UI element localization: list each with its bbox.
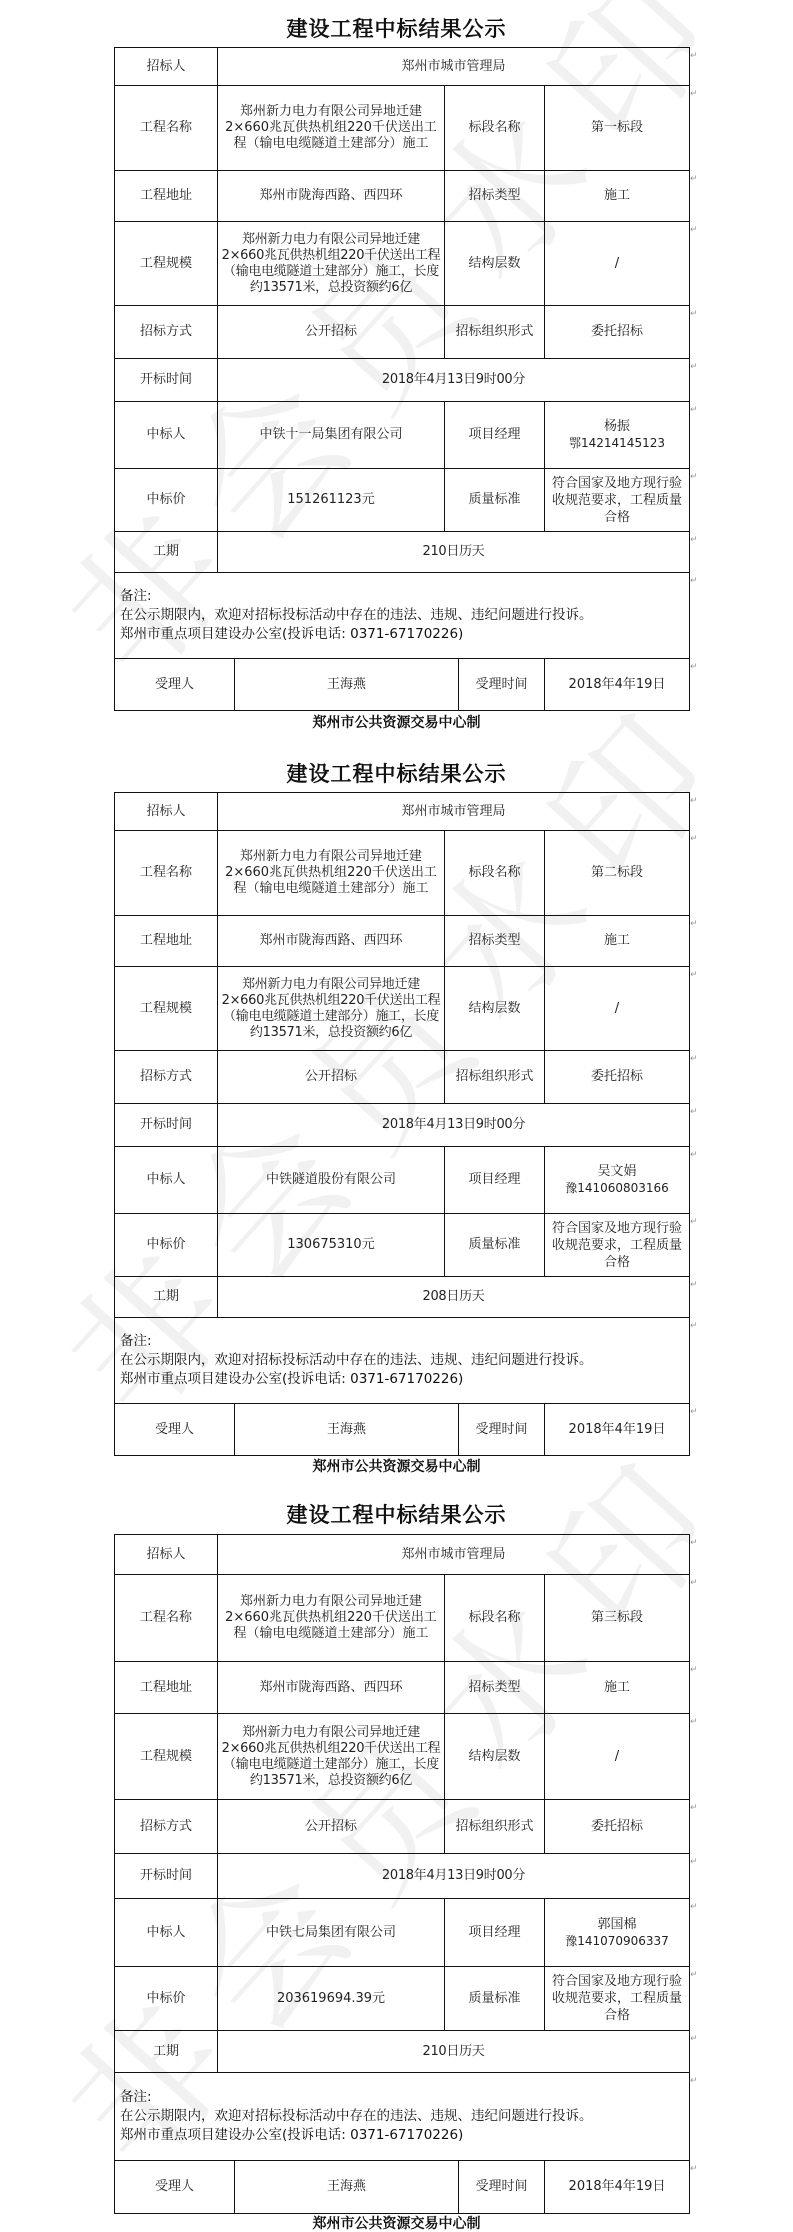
notes-cell: 备注: 在公示期限内，欢迎对招标投标活动中存在的违法、违规、违纪问题进行投诉。 … — [115, 2073, 690, 2161]
quality-value: 符合国家及地方现行验收规范要求，工程质量合格 — [545, 469, 690, 532]
paragraph-mark-icon: ↵ — [690, 1280, 698, 1290]
paragraph-mark-icon: ↵ — [690, 174, 698, 184]
tender-type-label: 招标类型 — [445, 1662, 545, 1714]
paragraph-mark-icon: ↵ — [690, 1717, 698, 1727]
winner-value: 中铁七局集团有限公司 — [218, 1899, 445, 1967]
price-label: 中标价 — [115, 1214, 218, 1277]
method-label: 招标方式 — [115, 306, 218, 359]
row-open-time: 开标时间 2018年4月13日9时00分 — [115, 1104, 690, 1147]
notice-footer: 郑州市公共资源交易中心制 — [0, 1456, 793, 1476]
scale-label: 工程规模 — [115, 222, 218, 306]
paragraph-mark-icon: ↵ — [690, 309, 698, 319]
receive-time-label: 受理时间 — [459, 2161, 545, 2214]
notes-label: 备注: — [120, 1332, 684, 1351]
floors-value: / — [545, 967, 690, 1051]
paragraph-mark-icon: ↵ — [690, 405, 698, 415]
notice-footer: 郑州市公共资源交易中心制 — [0, 712, 793, 732]
project-name-value: 郑州新力电力有限公司异地迁建2×660兆瓦供热机组220千伏送出工程（输电电缆隧… — [218, 86, 445, 171]
row-price: 中标价 130675310元 质量标准 符合国家及地方现行验收规范要求，工程质量… — [115, 1214, 690, 1277]
notice-title: 建设工程中标结果公示 — [0, 758, 793, 788]
award-notice-table: 招标人 郑州市城市管理局 工程名称 郑州新力电力有限公司异地迁建2×660兆瓦供… — [114, 47, 690, 711]
tender-type-value: 施工 — [545, 1662, 690, 1714]
address-value: 郑州市陇海西路、西四环 — [218, 1662, 445, 1714]
paragraph-mark-icon: ↵ — [690, 2034, 698, 2044]
paragraph-mark-icon: ↵ — [690, 576, 698, 586]
receive-time-value: 2018年4年19日 — [545, 659, 690, 711]
paragraph-mark-icon: ↵ — [690, 1665, 698, 1675]
row-open-time: 开标时间 2018年4月13日9时00分 — [115, 1854, 690, 1899]
org-form-value: 委托招标 — [545, 1051, 690, 1104]
paragraph-mark-icon: ↵ — [690, 1970, 698, 1980]
scale-label: 工程规模 — [115, 967, 218, 1051]
quality-value: 符合国家及地方现行验收规范要求，工程质量合格 — [545, 1967, 690, 2031]
paragraph-mark-icon: ↵ — [690, 1803, 698, 1813]
paragraph-mark-icon: ↵ — [690, 1150, 698, 1160]
paragraph-mark-icon: ↵ — [690, 472, 698, 482]
notice-footer: 郑州市公共资源交易中心制 — [0, 2213, 793, 2232]
tenderer-label: 招标人 — [115, 793, 218, 831]
method-value: 公开招标 — [218, 1800, 445, 1854]
row-duration: 工期 208日历天 — [115, 1277, 690, 1318]
row-scale: 工程规模 郑州新力电力有限公司异地迁建2×660兆瓦供热机组220千伏送出工程（… — [115, 1714, 690, 1800]
paragraph-mark-icon: ↵ — [690, 834, 698, 844]
notes-cell: 备注: 在公示期限内，欢迎对招标投标活动中存在的违法、违规、违纪问题进行投诉。 … — [115, 1318, 690, 1404]
receiver-label: 受理人 — [115, 1404, 235, 1456]
paragraph-mark-icon: ↵ — [690, 1538, 698, 1548]
paragraph-mark-icon: ↵ — [690, 1407, 698, 1417]
paragraph-mark-icon: ↵ — [690, 535, 698, 545]
notes-line-1: 在公示期限内，欢迎对招标投标活动中存在的违法、违规、违纪问题进行投诉。 — [120, 606, 684, 625]
quality-value: 符合国家及地方现行验收规范要求，工程质量合格 — [545, 1214, 690, 1277]
paragraph-mark-icon: ↵ — [690, 662, 698, 672]
paragraph-mark-icon: ↵ — [690, 225, 698, 235]
tenderer-value: 郑州市城市管理局 — [218, 48, 690, 86]
row-project-name: 工程名称 郑州新力电力有限公司异地迁建2×660兆瓦供热机组220千伏送出工程（… — [115, 86, 690, 171]
tenderer-label: 招标人 — [115, 48, 218, 86]
notes-label: 备注: — [120, 2088, 684, 2107]
floors-value: / — [545, 222, 690, 306]
notice-title: 建设工程中标结果公示 — [0, 1499, 793, 1529]
paragraph-mark-icon: ↵ — [690, 1578, 698, 1588]
row-open-time: 开标时间 2018年4月13日9时00分 — [115, 359, 690, 402]
section-name-value: 第三标段 — [545, 1575, 690, 1662]
org-form-label: 招标组织形式 — [445, 1800, 545, 1854]
paragraph-mark-icon: ↵ — [690, 1217, 698, 1227]
receive-time-label: 受理时间 — [459, 659, 545, 711]
tender-type-value: 施工 — [545, 171, 690, 222]
section-name-label: 标段名称 — [445, 1575, 545, 1662]
row-duration: 工期 210日历天 — [115, 2031, 690, 2073]
notes-line-2: 郑州市重点项目建设办公室(投诉电话: 0371-67170226) — [120, 1370, 684, 1389]
floors-label: 结构层数 — [445, 222, 545, 306]
notes-line-1: 在公示期限内，欢迎对招标投标活动中存在的违法、违规、违纪问题进行投诉。 — [120, 1351, 684, 1370]
row-notes: 备注: 在公示期限内，欢迎对招标投标活动中存在的违法、违规、违纪问题进行投诉。 … — [115, 1318, 690, 1404]
org-form-value: 委托招标 — [545, 1800, 690, 1854]
award-notice-table: 招标人 郑州市城市管理局 工程名称 郑州新力电力有限公司异地迁建2×660兆瓦供… — [114, 792, 690, 1456]
org-form-label: 招标组织形式 — [445, 306, 545, 359]
notes-line-1: 在公示期限内，欢迎对招标投标活动中存在的违法、违规、违纪问题进行投诉。 — [120, 2107, 684, 2126]
row-project-name: 工程名称 郑州新力电力有限公司异地迁建2×660兆瓦供热机组220千伏送出工程（… — [115, 1575, 690, 1662]
row-scale: 工程规模 郑州新力电力有限公司异地迁建2×660兆瓦供热机组220千伏送出工程（… — [115, 967, 690, 1051]
row-method: 招标方式 公开招标 招标组织形式 委托招标 — [115, 1800, 690, 1854]
tender-type-value: 施工 — [545, 916, 690, 967]
receiver-value: 王海燕 — [235, 2161, 459, 2214]
paragraph-mark-icon: ↵ — [690, 1857, 698, 1867]
org-form-label: 招标组织形式 — [445, 1051, 545, 1104]
address-label: 工程地址 — [115, 171, 218, 222]
project-name-value: 郑州新力电力有限公司异地迁建2×660兆瓦供热机组220千伏送出工程（输电电缆隧… — [218, 831, 445, 916]
row-price: 中标价 203619694.39元 质量标准 符合国家及地方现行验收规范要求，工… — [115, 1967, 690, 2031]
method-value: 公开招标 — [218, 1051, 445, 1104]
manager-value: 杨振 鄂14214145123 — [545, 402, 690, 469]
manager-cert: 豫141060803166 — [548, 1180, 686, 1196]
open-time-label: 开标时间 — [115, 359, 218, 402]
manager-label: 项目经理 — [445, 402, 545, 469]
price-value: 130675310元 — [218, 1214, 445, 1277]
row-winner: 中标人 中铁七局集团有限公司 项目经理 郭国棉 豫141070906337 — [115, 1899, 690, 1967]
manager-label: 项目经理 — [445, 1899, 545, 1967]
manager-cert: 鄂14214145123 — [548, 435, 686, 451]
quality-label: 质量标准 — [445, 1214, 545, 1277]
row-notes: 备注: 在公示期限内，欢迎对招标投标活动中存在的违法、违规、违纪问题进行投诉。 … — [115, 573, 690, 659]
quality-label: 质量标准 — [445, 1967, 545, 2031]
row-method: 招标方式 公开招标 招标组织形式 委托招标 — [115, 306, 690, 359]
row-scale: 工程规模 郑州新力电力有限公司异地迁建2×660兆瓦供热机组220千伏送出工程（… — [115, 222, 690, 306]
paragraph-mark-icon: ↵ — [690, 1054, 698, 1064]
project-name-label: 工程名称 — [115, 1575, 218, 1662]
price-value: 203619694.39元 — [218, 1967, 445, 2031]
manager-value: 吴文娟 豫141060803166 — [545, 1147, 690, 1214]
row-price: 中标价 151261123元 质量标准 符合国家及地方现行验收规范要求，工程质量… — [115, 469, 690, 532]
paragraph-mark-icon: ↵ — [690, 970, 698, 980]
address-label: 工程地址 — [115, 1662, 218, 1714]
receiver-value: 王海燕 — [235, 659, 459, 711]
duration-value: 210日历天 — [218, 2031, 690, 2073]
paragraph-mark-icon: ↵ — [690, 1902, 698, 1912]
row-receiver: 受理人 王海燕 受理时间 2018年4年19日 — [115, 659, 690, 711]
project-name-label: 工程名称 — [115, 831, 218, 916]
section-name-value: 第二标段 — [545, 831, 690, 916]
address-value: 郑州市陇海西路、西四环 — [218, 171, 445, 222]
paragraph-mark-icon: ↵ — [690, 796, 698, 806]
receiver-label: 受理人 — [115, 659, 235, 711]
row-receiver: 受理人 王海燕 受理时间 2018年4年19日 — [115, 1404, 690, 1456]
receive-time-value: 2018年4年19日 — [545, 1404, 690, 1456]
notes-line-2: 郑州市重点项目建设办公室(投诉电话: 0371-67170226) — [120, 625, 684, 644]
quality-label: 质量标准 — [445, 469, 545, 532]
duration-label: 工期 — [115, 1277, 218, 1318]
scale-value: 郑州新力电力有限公司异地迁建2×660兆瓦供热机组220千伏送出工程（输电电缆隧… — [218, 1714, 445, 1800]
row-tenderer: 招标人 郑州市城市管理局 — [115, 793, 690, 831]
row-winner: 中标人 中铁隧道股份有限公司 项目经理 吴文娟 豫141060803166 — [115, 1147, 690, 1214]
row-address: 工程地址 郑州市陇海西路、西四环 招标类型 施工 — [115, 171, 690, 222]
manager-value: 郭国棉 豫141070906337 — [545, 1899, 690, 1967]
row-duration: 工期 210日历天 — [115, 532, 690, 573]
price-label: 中标价 — [115, 469, 218, 532]
row-method: 招标方式 公开招标 招标组织形式 委托招标 — [115, 1051, 690, 1104]
notes-line-2: 郑州市重点项目建设办公室(投诉电话: 0371-67170226) — [120, 2126, 684, 2145]
manager-name: 吴文娟 — [548, 1164, 686, 1180]
duration-label: 工期 — [115, 532, 218, 573]
paragraph-mark-icon: ↵ — [690, 89, 698, 99]
row-winner: 中标人 中铁十一局集团有限公司 项目经理 杨振 鄂14214145123 — [115, 402, 690, 469]
receiver-label: 受理人 — [115, 2161, 235, 2214]
tenderer-label: 招标人 — [115, 1535, 218, 1575]
notes-cell: 备注: 在公示期限内，欢迎对招标投标活动中存在的违法、违规、违纪问题进行投诉。 … — [115, 573, 690, 659]
winner-label: 中标人 — [115, 1899, 218, 1967]
section-name-value: 第一标段 — [545, 86, 690, 171]
tenderer-value: 郑州市城市管理局 — [218, 1535, 690, 1575]
paragraph-mark-icon: ↵ — [690, 51, 698, 61]
paragraph-mark-icon: ↵ — [690, 2164, 698, 2174]
scale-value: 郑州新力电力有限公司异地迁建2×660兆瓦供热机组220千伏送出工程（输电电缆隧… — [218, 222, 445, 306]
receive-time-label: 受理时间 — [459, 1404, 545, 1456]
org-form-value: 委托招标 — [545, 306, 690, 359]
row-receiver: 受理人 王海燕 受理时间 2018年4年19日 — [115, 2161, 690, 2214]
manager-name: 杨振 — [548, 419, 686, 435]
scale-value: 郑州新力电力有限公司异地迁建2×660兆瓦供热机组220千伏送出工程（输电电缆隧… — [218, 967, 445, 1051]
tender-type-label: 招标类型 — [445, 916, 545, 967]
winner-value: 中铁隧道股份有限公司 — [218, 1147, 445, 1214]
receive-time-value: 2018年4年19日 — [545, 2161, 690, 2214]
manager-cert: 豫141070906337 — [548, 1933, 686, 1949]
paragraph-mark-icon: ↵ — [690, 1107, 698, 1117]
duration-label: 工期 — [115, 2031, 218, 2073]
open-time-value: 2018年4月13日9时00分 — [218, 1854, 690, 1899]
project-name-label: 工程名称 — [115, 86, 218, 171]
tender-type-label: 招标类型 — [445, 171, 545, 222]
manager-name: 郭国棉 — [548, 1917, 686, 1933]
row-tenderer: 招标人 郑州市城市管理局 — [115, 1535, 690, 1575]
tenderer-value: 郑州市城市管理局 — [218, 793, 690, 831]
method-label: 招标方式 — [115, 1800, 218, 1854]
open-time-value: 2018年4月13日9时00分 — [218, 359, 690, 402]
price-value: 151261123元 — [218, 469, 445, 532]
notes-label: 备注: — [120, 587, 684, 606]
floors-value: / — [545, 1714, 690, 1800]
row-address: 工程地址 郑州市陇海西路、西四环 招标类型 施工 — [115, 1662, 690, 1714]
floors-label: 结构层数 — [445, 967, 545, 1051]
winner-label: 中标人 — [115, 402, 218, 469]
row-tenderer: 招标人 郑州市城市管理局 — [115, 48, 690, 86]
scale-label: 工程规模 — [115, 1714, 218, 1800]
paragraph-mark-icon: ↵ — [690, 362, 698, 372]
award-notice-table: 招标人 郑州市城市管理局 工程名称 郑州新力电力有限公司异地迁建2×660兆瓦供… — [114, 1534, 690, 2214]
receiver-value: 王海燕 — [235, 1404, 459, 1456]
row-notes: 备注: 在公示期限内，欢迎对招标投标活动中存在的违法、违规、违纪问题进行投诉。 … — [115, 2073, 690, 2161]
address-value: 郑州市陇海西路、西四环 — [218, 916, 445, 967]
address-label: 工程地址 — [115, 916, 218, 967]
row-project-name: 工程名称 郑州新力电力有限公司异地迁建2×660兆瓦供热机组220千伏送出工程（… — [115, 831, 690, 916]
winner-label: 中标人 — [115, 1147, 218, 1214]
duration-value: 210日历天 — [218, 532, 690, 573]
price-label: 中标价 — [115, 1967, 218, 2031]
section-name-label: 标段名称 — [445, 831, 545, 916]
paragraph-mark-icon: ↵ — [690, 1321, 698, 1331]
section-name-label: 标段名称 — [445, 86, 545, 171]
method-label: 招标方式 — [115, 1051, 218, 1104]
notice-title: 建设工程中标结果公示 — [0, 13, 793, 43]
paragraph-mark-icon: ↵ — [690, 919, 698, 929]
project-name-value: 郑州新力电力有限公司异地迁建2×660兆瓦供热机组220千伏送出工程（输电电缆隧… — [218, 1575, 445, 1662]
paragraph-mark-icon: ↵ — [690, 2076, 698, 2086]
manager-label: 项目经理 — [445, 1147, 545, 1214]
open-time-label: 开标时间 — [115, 1104, 218, 1147]
method-value: 公开招标 — [218, 306, 445, 359]
open-time-label: 开标时间 — [115, 1854, 218, 1899]
open-time-value: 2018年4月13日9时00分 — [218, 1104, 690, 1147]
floors-label: 结构层数 — [445, 1714, 545, 1800]
winner-value: 中铁十一局集团有限公司 — [218, 402, 445, 469]
duration-value: 208日历天 — [218, 1277, 690, 1318]
row-address: 工程地址 郑州市陇海西路、西四环 招标类型 施工 — [115, 916, 690, 967]
